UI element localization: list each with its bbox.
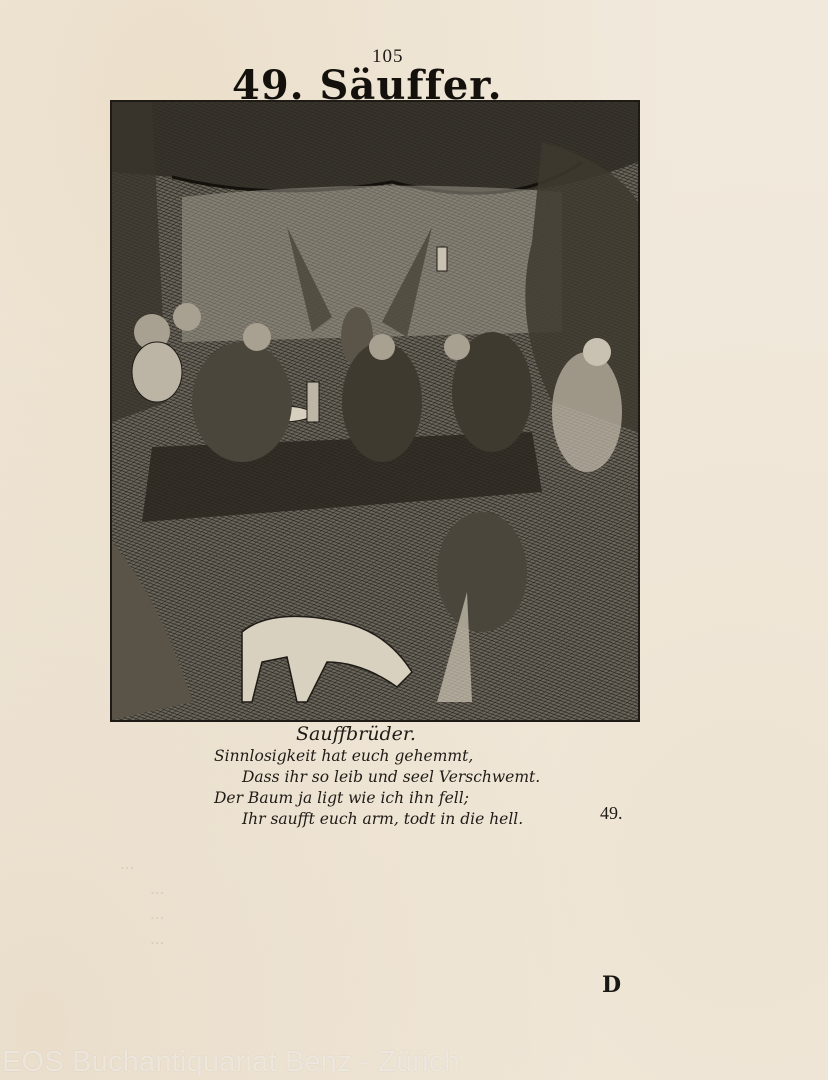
showthrough-text: ...	[150, 880, 164, 898]
engraving-scene-icon	[112, 102, 638, 720]
verse-line: Dass ihr so leib und seel Verschwemt.	[242, 767, 654, 788]
plate-number: 49.	[600, 803, 623, 824]
verse-caption: Sauffbrüder. Sinnlosigkeit hat euch gehe…	[214, 722, 654, 830]
caption-heading: Sauffbrüder.	[296, 722, 654, 746]
watermark: EOS Buchantiquariat Benz - Zürich	[2, 1046, 460, 1079]
verse-line: Sinnlosigkeit hat euch gehemmt,	[214, 746, 654, 767]
verse-line: Der Baum ja ligt wie ich ihn fell;	[214, 788, 654, 809]
engraving-illustration	[110, 100, 640, 722]
verse-line: Ihr saufft euch arm, todt in die hell.	[242, 809, 654, 830]
catchword: D	[602, 972, 621, 998]
plate-title: 49. Säuffer.	[232, 62, 503, 110]
showthrough-text: ...	[150, 905, 164, 923]
showthrough-text: ...	[150, 930, 164, 948]
showthrough-text: ...	[120, 855, 134, 873]
